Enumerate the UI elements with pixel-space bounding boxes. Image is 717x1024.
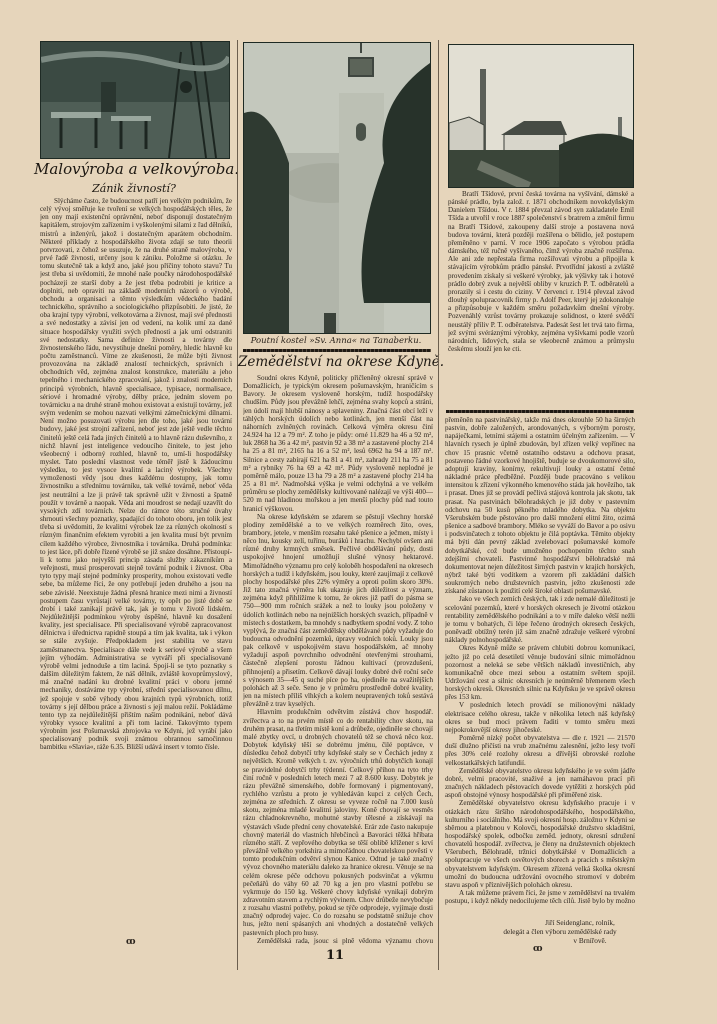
left-article-paragraph: Slýcháme často, že budoucnost patří jen … — [40, 197, 232, 752]
end-mark: ꝏ — [126, 937, 135, 947]
church-photo — [243, 42, 431, 334]
continuation-paragraph: Zemědělské obyvatelstvo okresu kdyňského… — [445, 767, 635, 800]
middle-article-paragraph: Na okrese kdyňském se zdarem se pěstují … — [243, 513, 433, 709]
left-article-body: Slýcháme často, že budoucnost patří jen … — [40, 197, 232, 877]
end-mark: ꝏ — [533, 944, 542, 954]
author-name: Jiří Seidenglanc, rolník, — [470, 918, 650, 927]
author-signature: Jiří Seidenglanc, rolník, delegát a člen… — [470, 918, 650, 945]
continuation-paragraph: Jako ve všech zemích českých, tak i zde … — [445, 595, 635, 644]
middle-article-paragraph: Zemědělská rada, jsouc si plně vědoma vý… — [243, 937, 433, 946]
newspaper-page: Malovýroba a velkovýroba. Zánik živností… — [0, 0, 717, 1024]
factory-description: Bratří Tšídové, první česká továrna na v… — [448, 190, 634, 353]
factory-illustration — [449, 45, 633, 187]
continuation-paragraph: Okres Kdyně může se právem chlubiti dobr… — [445, 644, 635, 701]
church-illustration — [244, 43, 430, 333]
continuation-paragraph: A tak můžeme právem říci, že jsme v země… — [445, 889, 635, 906]
workshop-photo — [40, 41, 230, 159]
section-rule — [243, 349, 431, 352]
author-place: v Brnířově. — [470, 936, 650, 945]
section-rule — [446, 410, 634, 413]
continuation-paragraph: Zemědělské obyvatelstvo okresu kdyňského… — [445, 799, 635, 889]
middle-article-paragraph: Hlavním produkčním odvětvím zůstává chov… — [243, 708, 433, 936]
page-number: 11 — [326, 948, 344, 963]
column-divider — [237, 40, 238, 970]
column-divider — [438, 40, 439, 970]
factory-photo — [448, 44, 634, 188]
middle-article-title: Zemědělství na okrese Kdyně. — [238, 354, 436, 370]
right-article-intro: Bratří Tšídové, první česká továrna na v… — [448, 190, 634, 400]
middle-article-body: Soudní okres Kdyně, politicky přičleněný… — [243, 374, 433, 946]
left-article-subtitle: Zánik živností? — [34, 182, 234, 195]
left-article-title: Malovýroba a velkovýroba. — [34, 160, 234, 178]
author-role: delegát a člen výboru zemědělské rady — [470, 927, 650, 936]
workshop-illustration — [41, 42, 229, 158]
continuation-paragraph: V posledních letech provádí se milionový… — [445, 701, 635, 734]
continuation-paragraph: Poměrně nízký počet obyvatelstva — dle r… — [445, 734, 635, 767]
right-article-continuation: přeměněn na pastvinářský, takže má dnes … — [445, 416, 635, 906]
church-photo-caption: Poutní kostel »Sv. Anna« na Tanaberku. — [243, 336, 429, 346]
middle-article-paragraph: Soudní okres Kdyně, politicky přičleněný… — [243, 374, 433, 513]
continuation-paragraph: přeměněn na pastvinářský, takže má dnes … — [445, 416, 635, 595]
